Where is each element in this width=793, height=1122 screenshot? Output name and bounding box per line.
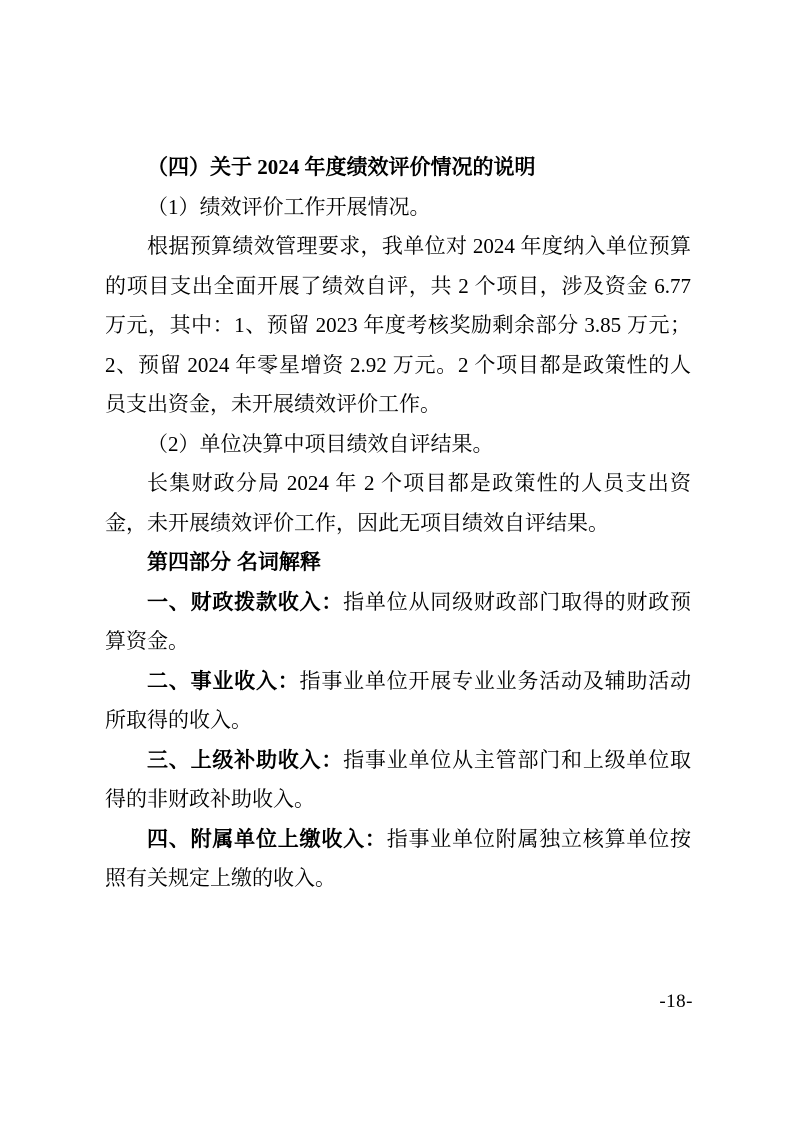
glossary-term-superior-subsidy-income: 三、上级补助收入： — [147, 749, 343, 772]
glossary-term-affiliated-unit-remittance-income: 四、附属单位上缴收入： — [147, 828, 387, 851]
page-number: -18- — [659, 991, 693, 1013]
glossary-item: 三、上级补助收入：指事业单位从主管部门和上级单位取得的非财政补助收入。 — [105, 741, 691, 820]
glossary-term-fiscal-appropriation-income: 一、财政拨款收入： — [147, 591, 343, 614]
document-body: （四）关于 2024 年度绩效评价情况的说明 （1）绩效评价工作开展情况。 根据… — [105, 148, 691, 899]
glossary-item: 二、事业收入：指事业单位开展专业业务活动及辅助活动所取得的收入。 — [105, 662, 691, 741]
glossary-item: 四、附属单位上缴收入：指事业单位附属独立核算单位按照有关规定上缴的收入。 — [105, 820, 691, 899]
glossary-term-business-income: 二、事业收入： — [147, 670, 300, 693]
subsection-title-self-evaluation-results: （2）单位决算中项目绩效自评结果。 — [105, 425, 691, 465]
subsection-title-evaluation-work: （1）绩效评价工作开展情况。 — [105, 188, 691, 228]
section-heading-performance-evaluation: （四）关于 2024 年度绩效评价情况的说明 — [105, 148, 691, 188]
paragraph-evaluation-details: 根据预算绩效管理要求，我单位对 2024 年度纳入单位预算的项目支出全面开展了绩… — [105, 227, 691, 425]
part4-heading-glossary: 第四部分 名词解释 — [105, 543, 691, 583]
paragraph-self-evaluation-results: 长集财政分局 2024 年 2 个项目都是政策性的人员支出资金，未开展绩效评价工… — [105, 464, 691, 543]
document-page: （四）关于 2024 年度绩效评价情况的说明 （1）绩效评价工作开展情况。 根据… — [0, 0, 793, 1122]
glossary-item: 一、财政拨款收入：指单位从同级财政部门取得的财政预算资金。 — [105, 583, 691, 662]
